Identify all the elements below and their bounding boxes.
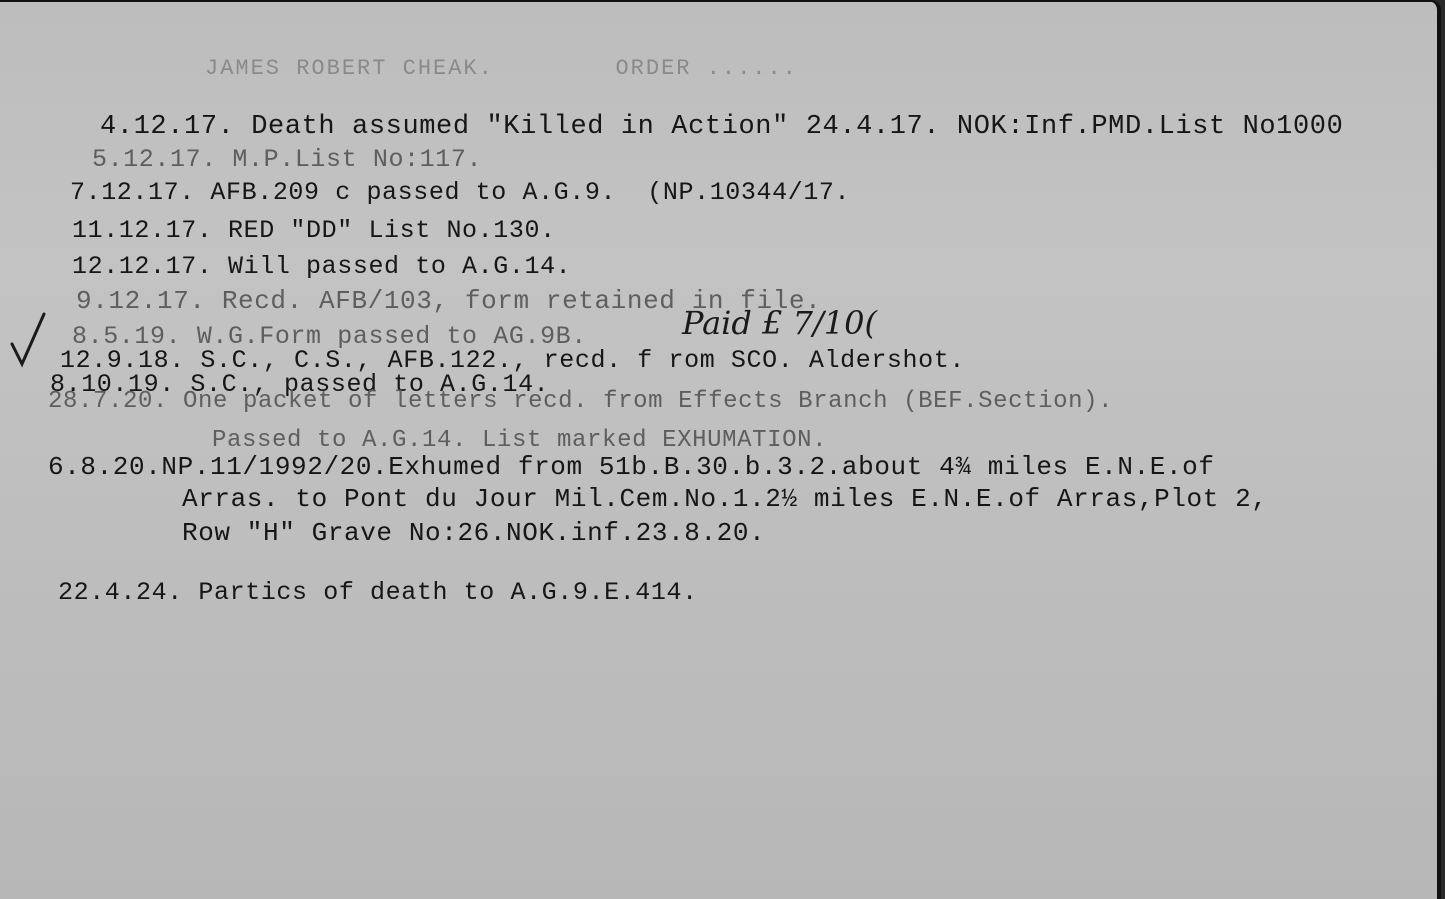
card-header-faded: JAMES ROBERT CHEAK. ORDER ...... [205,58,798,80]
entry-4-12-17: 4.12.17. Death assumed "Killed in Action… [100,114,1343,141]
entry-28-7-20: 28.7.20. One packet of letters recd. fro… [48,390,1113,414]
entry-22-4-24: 22.4.24. Partics of death to A.G.9.E.414… [58,580,698,605]
entry-5-12-17: 5.12.17. M.P.List No:117. [92,147,482,172]
check-mark-icon [8,310,48,370]
entry-7-12-17: 7.12.17. AFB.209 c passed to A.G.9. (NP.… [70,180,850,205]
entry-6-8-20-cont1: Arras. to Pont du Jour Mil.Cem.No.1.2½ m… [182,486,1268,512]
record-card: JAMES ROBERT CHEAK. ORDER ...... 4.12.17… [0,0,1441,899]
entry-6-8-20: 6.8.20.NP.11/1992/20.Exhumed from 51b.B.… [48,454,1215,480]
entry-11-12-17: 11.12.17. RED "DD" List No.130. [72,218,556,243]
entry-28-7-20-cont: Passed to A.G.14. List marked EXHUMATION… [212,429,827,453]
handwritten-payment-note: Paid £ 7/10( [682,304,877,342]
entry-6-8-20-cont2: Row "H" Grave No:26.NOK.inf.23.8.20. [182,520,765,546]
entry-12-12-17: 12.12.17. Will passed to A.G.14. [72,254,571,279]
